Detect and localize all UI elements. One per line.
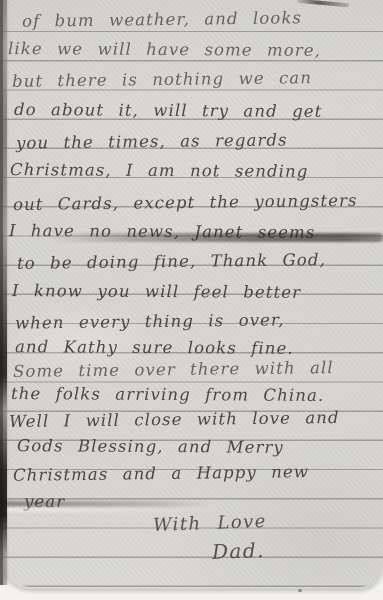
closing-line: With Love	[153, 511, 267, 536]
handwritten-line: and Kathy sure looks fine.	[15, 336, 294, 360]
handwritten-line: but there is nothing we can	[12, 67, 312, 93]
handwritten-line: Gods Blessing, and Merry	[17, 435, 284, 459]
handwritten-line: Christmas and a Happy new	[13, 461, 309, 487]
handwritten-line: the folks arriving from China.	[11, 383, 324, 407]
handwritten-line: Some time over there with all	[13, 357, 334, 383]
handwritten-line: of bum weather, and looks	[22, 7, 302, 32]
handwritten-line: I know you will feel better	[12, 280, 301, 304]
handwritten-line: Well I will close with love and	[9, 407, 340, 433]
handwritten-line: like we will have some more,	[8, 38, 321, 62]
handwritten-line: you the times, as regards	[16, 129, 288, 154]
handwritten-line: Christmas, I am not sending	[10, 159, 309, 183]
paper-crease-highlight	[0, 507, 230, 512]
lined-paper: of bum weather, and looks like we will h…	[0, 0, 383, 589]
scanner-edge-blotches	[0, 0, 7, 585]
letter-scan: of bum weather, and looks like we will h…	[0, 0, 383, 600]
signature-line: Dad.	[212, 538, 266, 564]
handwritten-line: out Cards, except the youngsters	[13, 190, 358, 216]
scan-shadow-streak	[48, 233, 383, 242]
handwritten-line: when every thing is over,	[15, 309, 285, 334]
handwritten-line: to be doing fine, Thank God,	[17, 249, 326, 275]
handwritten-line: do about it, will try and get	[14, 99, 323, 123]
ink-dot	[298, 589, 302, 592]
